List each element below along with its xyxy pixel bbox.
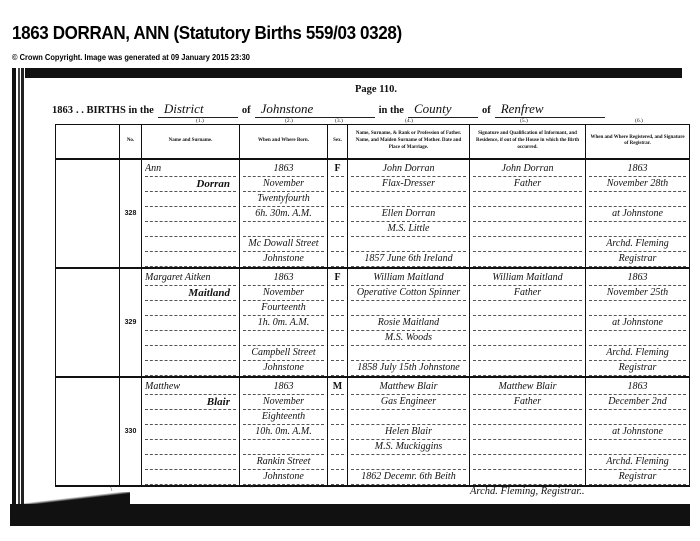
born-line: Mc Dowall Street (243, 237, 324, 252)
born-cell: 1863NovemberFourteenth1h. 0m. A.M.Campbe… (240, 268, 328, 377)
parents-line (351, 237, 466, 252)
in-the-label: in the (379, 105, 404, 116)
informant-line (473, 425, 582, 440)
name-line: Ann (145, 162, 236, 177)
informant-line (473, 440, 582, 455)
name-line (145, 331, 236, 346)
born-line: Johnstone (243, 470, 324, 485)
registered-line: November 28th (589, 177, 686, 192)
born-line: Campbell Street (243, 346, 324, 361)
registered-line: Registrar (589, 361, 686, 376)
entry-number: 330 (120, 377, 142, 486)
informant-line: Father (473, 286, 582, 301)
of-label: of (242, 105, 251, 116)
informant-line: Father (473, 395, 582, 410)
table-row: 328AnnDorran1863NovemberTwentyfourth6h. … (56, 159, 690, 268)
born-line: 10h. 0m. A.M. (243, 425, 324, 440)
sex-line (331, 425, 344, 440)
entry-number: 329 (120, 268, 142, 377)
born-line: November (243, 395, 324, 410)
parents-cell: Matthew BlairGas EngineerHelen BlairM.S.… (348, 377, 470, 486)
name-line (145, 207, 236, 222)
parents-line: Gas Engineer (351, 395, 466, 410)
col-header-when-where: When and Where Born. (240, 125, 328, 159)
scan-edge-left (12, 68, 24, 526)
name-line (145, 470, 236, 485)
col-header-name: Name and Surname. (142, 125, 240, 159)
born-cell: 1863NovemberTwentyfourth6h. 30m. A.M.Mc … (240, 159, 328, 268)
sex-line (331, 440, 344, 455)
sex-line (331, 395, 344, 410)
parents-line: Operative Cotton Spinner (351, 286, 466, 301)
district-label: District (158, 101, 238, 118)
registered-line: Archd. Fleming (589, 455, 686, 470)
parents-line: 1858 July 15th Johnstone (351, 361, 466, 376)
registered-cell: 1863November 28that JohnstoneArchd. Flem… (586, 159, 690, 268)
name-line (145, 440, 236, 455)
sex-line: M (331, 380, 344, 395)
sex-line (331, 470, 344, 485)
born-line: 6h. 30m. A.M. (243, 207, 324, 222)
born-line: Johnstone (243, 361, 324, 376)
sex-line (331, 252, 344, 267)
registered-line (589, 440, 686, 455)
name-line (145, 455, 236, 470)
col-header-blank (56, 125, 120, 159)
informant-line (473, 301, 582, 316)
name-line (145, 192, 236, 207)
sex-line (331, 177, 344, 192)
scan-edge-top (25, 68, 682, 78)
name-cell: Margaret AitkenMaitland (142, 268, 240, 377)
informant-line (473, 331, 582, 346)
of-label-2: of (482, 105, 491, 116)
name-line: Margaret Aitken (145, 271, 236, 286)
margin-cell (56, 159, 120, 268)
registered-line: at Johnstone (589, 425, 686, 440)
registered-line: at Johnstone (589, 207, 686, 222)
register-page-scan: Page 110. 1863 . . BIRTHS in the Distric… (10, 68, 690, 526)
scan-edge-bottom (10, 504, 690, 526)
born-line: November (243, 177, 324, 192)
parents-line: M.S. Muckiggins (351, 440, 466, 455)
registered-line: 1863 (589, 162, 686, 177)
born-line: 1863 (243, 380, 324, 395)
registered-cell: 1863November 25that JohnstoneArchd. Flem… (586, 268, 690, 377)
parents-line: Helen Blair (351, 425, 466, 440)
parents-line (351, 192, 466, 207)
scan-mark: " (250, 484, 253, 493)
col-header-parents: Name, Surname, & Rank or Profession of F… (348, 125, 470, 159)
born-line: November (243, 286, 324, 301)
name-line (145, 237, 236, 252)
born-cell: 1863NovemberEighteenth10h. 0m. A.M.Ranki… (240, 377, 328, 486)
name-line: Blair (145, 395, 236, 410)
col-header-registered: When and Where Registered, and Signature… (586, 125, 690, 159)
informant-line: John Dorran (473, 162, 582, 177)
scan-mark: \ (110, 484, 112, 493)
margin-cell (56, 377, 120, 486)
register-heading: 1863 . . BIRTHS in the District of Johns… (52, 101, 609, 118)
informant-line: William Maitland (473, 271, 582, 286)
born-line: 1h. 0m. A.M. (243, 316, 324, 331)
sex-line (331, 316, 344, 331)
parents-line: Rosie Maitland (351, 316, 466, 331)
registered-line: November 25th (589, 286, 686, 301)
sex-line (331, 455, 344, 470)
births-label: . . BIRTHS in the (76, 105, 154, 116)
table-header-row: No. Name and Surname. When and Where Bor… (56, 125, 690, 159)
sex-line (331, 346, 344, 361)
born-line (243, 222, 324, 237)
informant-line (473, 410, 582, 425)
name-line (145, 346, 236, 361)
registered-line (589, 331, 686, 346)
parents-line: Ellen Dorran (351, 207, 466, 222)
parents-line: 1857 June 6th Ireland (351, 252, 466, 267)
registered-line: Registrar (589, 252, 686, 267)
born-line: 1863 (243, 271, 324, 286)
col-header-informant: Signature and Qualification of Informant… (470, 125, 586, 159)
parents-line: M.S. Woods (351, 331, 466, 346)
sex-line: F (331, 162, 344, 177)
informant-line (473, 237, 582, 252)
sex-line (331, 331, 344, 346)
informant-line (473, 346, 582, 361)
born-line (243, 331, 324, 346)
record-title: 1863 DORRAN, ANN (Statutory Births 559/0… (12, 22, 402, 44)
informant-line: Father (473, 177, 582, 192)
parents-line (351, 301, 466, 316)
parents-cell: John DorranFlax-DresserEllen DorranM.S. … (348, 159, 470, 268)
registered-line: at Johnstone (589, 316, 686, 331)
sex-line (331, 222, 344, 237)
registered-line: Archd. Fleming (589, 346, 686, 361)
name-cell: AnnDorran (142, 159, 240, 268)
copyright-notice: © Crown Copyright. Image was generated a… (12, 52, 250, 62)
col-header-sex: Sex. (328, 125, 348, 159)
parents-line: Matthew Blair (351, 380, 466, 395)
registered-line: December 2nd (589, 395, 686, 410)
name-line (145, 316, 236, 331)
sex-line (331, 192, 344, 207)
born-line: Eighteenth (243, 410, 324, 425)
registered-line (589, 192, 686, 207)
registered-cell: 1863December 2ndat JohnstoneArchd. Flemi… (586, 377, 690, 486)
sex-line (331, 237, 344, 252)
registered-line: 1863 (589, 271, 686, 286)
name-line (145, 425, 236, 440)
sex-cell: F (328, 268, 348, 377)
informant-line (473, 252, 582, 267)
parents-line: John Dorran (351, 162, 466, 177)
table-row: 330MatthewBlair1863NovemberEighteenth10h… (56, 377, 690, 486)
sex-line (331, 361, 344, 376)
col-header-no: No. (120, 125, 142, 159)
born-line: Rankin Street (243, 455, 324, 470)
sex-cell: F (328, 159, 348, 268)
district-name: Johnstone (255, 101, 375, 118)
parents-line: M.S. Little (351, 222, 466, 237)
name-line: Matthew (145, 380, 236, 395)
name-line (145, 252, 236, 267)
sex-line (331, 410, 344, 425)
registered-line (589, 301, 686, 316)
name-line: Dorran (145, 177, 236, 192)
informant-line (473, 361, 582, 376)
name-line (145, 222, 236, 237)
born-line: Fourteenth (243, 301, 324, 316)
margin-cell (56, 268, 120, 377)
informant-cell: Matthew BlairFather (470, 377, 586, 486)
parents-cell: William MaitlandOperative Cotton Spinner… (348, 268, 470, 377)
sex-line: F (331, 271, 344, 286)
register-year: 1863 (52, 105, 73, 116)
sex-line (331, 286, 344, 301)
registered-line (589, 410, 686, 425)
registered-line (589, 222, 686, 237)
county-label: County (408, 101, 478, 118)
table-row: 329Margaret AitkenMaitland1863NovemberFo… (56, 268, 690, 377)
page-number: Page 110. (355, 84, 397, 95)
footer-registrar-signature: Archd. Fleming, Registrar.. (470, 486, 585, 497)
name-line: Maitland (145, 286, 236, 301)
name-line (145, 301, 236, 316)
parents-line: Flax-Dresser (351, 177, 466, 192)
name-line (145, 410, 236, 425)
sex-line (331, 301, 344, 316)
informant-line (473, 470, 582, 485)
informant-cell: William MaitlandFather (470, 268, 586, 377)
born-line (243, 440, 324, 455)
registered-line: Archd. Fleming (589, 237, 686, 252)
informant-line (473, 192, 582, 207)
births-register-table: No. Name and Surname. When and Where Bor… (55, 124, 690, 487)
county-name: Renfrew (495, 101, 605, 118)
informant-line (473, 207, 582, 222)
sex-line (331, 207, 344, 222)
born-line: Twentyfourth (243, 192, 324, 207)
sex-cell: M (328, 377, 348, 486)
parents-line: 1862 Decemr. 6th Beith (351, 470, 466, 485)
informant-line (473, 222, 582, 237)
parents-line: William Maitland (351, 271, 466, 286)
informant-line (473, 455, 582, 470)
informant-line: Matthew Blair (473, 380, 582, 395)
informant-cell: John DorranFather (470, 159, 586, 268)
parents-line (351, 455, 466, 470)
registered-line: Registrar (589, 470, 686, 485)
born-line: Johnstone (243, 252, 324, 267)
born-line: 1863 (243, 162, 324, 177)
entry-number: 328 (120, 159, 142, 268)
informant-line (473, 316, 582, 331)
name-line (145, 361, 236, 376)
name-cell: MatthewBlair (142, 377, 240, 486)
parents-line (351, 410, 466, 425)
registered-line: 1863 (589, 380, 686, 395)
parents-line (351, 346, 466, 361)
